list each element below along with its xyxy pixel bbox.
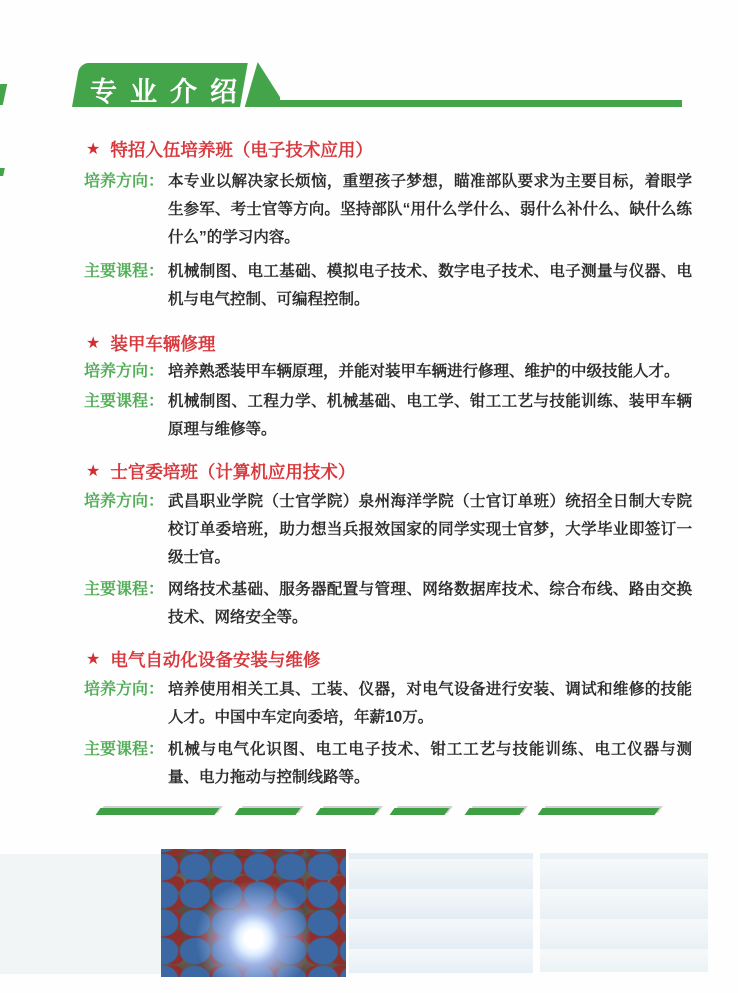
section-title: ★ 电气自动化设备安装与维修	[86, 648, 692, 672]
courses-row: 主要课程： 机械与电气化识图、电工电子技术、钳工工艺与技能训练、电工仪器与测量、…	[84, 736, 692, 792]
star-icon: ★	[86, 460, 100, 484]
courses-text: 网络技术基础、服务器配置与管理、网络数据库技术、综合布线、路由交换技术、网络安全…	[168, 576, 692, 632]
flyer-page: 专业介绍 ★ 特招入伍培养班（电子技术应用） 培养方向： 本专业以解决家长烦恼，…	[0, 0, 738, 993]
dash	[96, 808, 220, 815]
direction-row: 培养方向： 本专业以解决家长烦恼，重塑孩子梦想，瞄准部队要求为主要目标，着眼学生…	[84, 168, 692, 252]
star-icon: ★	[86, 138, 100, 162]
direction-label: 培养方向：	[84, 358, 168, 386]
dash	[538, 808, 660, 815]
direction-row: 培养方向： 培养熟悉装甲车辆原理，并能对装甲车辆进行修理、维护的中级技能人才。	[84, 358, 692, 386]
courses-text: 机械制图、工程力学、机械基础、电工学、钳工工艺与技能训练、装甲车辆原理与维修等。	[168, 388, 692, 444]
section-title: ★ 特招入伍培养班（电子技术应用）	[86, 138, 692, 162]
courses-text: 机械制图、电工基础、模拟电子技术、数字电子技术、电子测量与仪器、电机与电气控制、…	[168, 258, 692, 314]
courses-row: 主要课程： 机械制图、工程力学、机械基础、电工学、钳工工艺与技能训练、装甲车辆原…	[84, 388, 692, 444]
electronics-assembly-workshop-photo	[0, 854, 161, 974]
dash	[316, 808, 380, 815]
direction-label: 培养方向：	[84, 488, 168, 572]
courses-row: 主要课程： 机械制图、电工基础、模拟电子技术、数字电子技术、电子测量与仪器、电机…	[84, 258, 692, 314]
dash	[390, 808, 450, 815]
courses-label: 主要课程：	[84, 736, 168, 792]
section-title: ★ 装甲车辆修理	[86, 332, 692, 356]
direction-row: 培养方向： 培养使用相关工具、工装、仪器，对电气设备进行安装、调试和维修的技能人…	[84, 676, 692, 732]
courses-label: 主要课程：	[84, 258, 168, 314]
direction-label: 培养方向：	[84, 676, 168, 732]
direction-row: 培养方向： 武昌职业学院（士官学院）泉州海洋学院（士官订单班）统招全日制大专院校…	[84, 488, 692, 572]
section-title-text: 装甲车辆修理	[110, 332, 215, 356]
direction-label: 培养方向：	[84, 168, 168, 252]
courses-label: 主要课程：	[84, 388, 168, 444]
star-icon: ★	[86, 648, 100, 672]
machine-workshop-hall-photo	[540, 853, 708, 972]
courses-text: 机械与电气化识图、电工电子技术、钳工工艺与技能训练、电工仪器与测量、电力拖动与控…	[168, 736, 692, 792]
section-title-text: 士官委培班（计算机应用技术）	[110, 460, 355, 484]
fitter-training-classroom-photo	[349, 853, 533, 973]
dash	[235, 808, 301, 815]
courses-row: 主要课程： 网络技术基础、服务器配置与管理、网络数据库技术、综合布线、路由交换技…	[84, 576, 692, 632]
section-title-text: 电气自动化设备安装与维修	[110, 648, 320, 672]
direction-text: 培养熟悉装甲车辆原理，并能对装甲车辆进行修理、维护的中级技能人才。	[168, 358, 692, 386]
direction-text: 武昌职业学院（士官学院）泉州海洋学院（士官订单班）统招全日制大专院校订单委培班，…	[168, 488, 692, 572]
star-icon: ★	[86, 332, 100, 356]
welding-practice-photo	[161, 849, 346, 977]
section-title-text: 特招入伍培养班（电子技术应用）	[110, 138, 373, 162]
direction-text: 培养使用相关工具、工装、仪器，对电气设备进行安装、调试和维修的技能人才。中国中车…	[168, 676, 692, 732]
section-title: ★ 士官委培班（计算机应用技术）	[86, 460, 692, 484]
sections: ★ 特招入伍培养班（电子技术应用） 培养方向： 本专业以解决家长烦恼，重塑孩子梦…	[0, 0, 738, 993]
dash	[465, 808, 525, 815]
courses-label: 主要课程：	[84, 576, 168, 632]
direction-text: 本专业以解决家长烦恼，重塑孩子梦想，瞄准部队要求为主要目标，着眼学生参军、考士官…	[168, 168, 692, 252]
